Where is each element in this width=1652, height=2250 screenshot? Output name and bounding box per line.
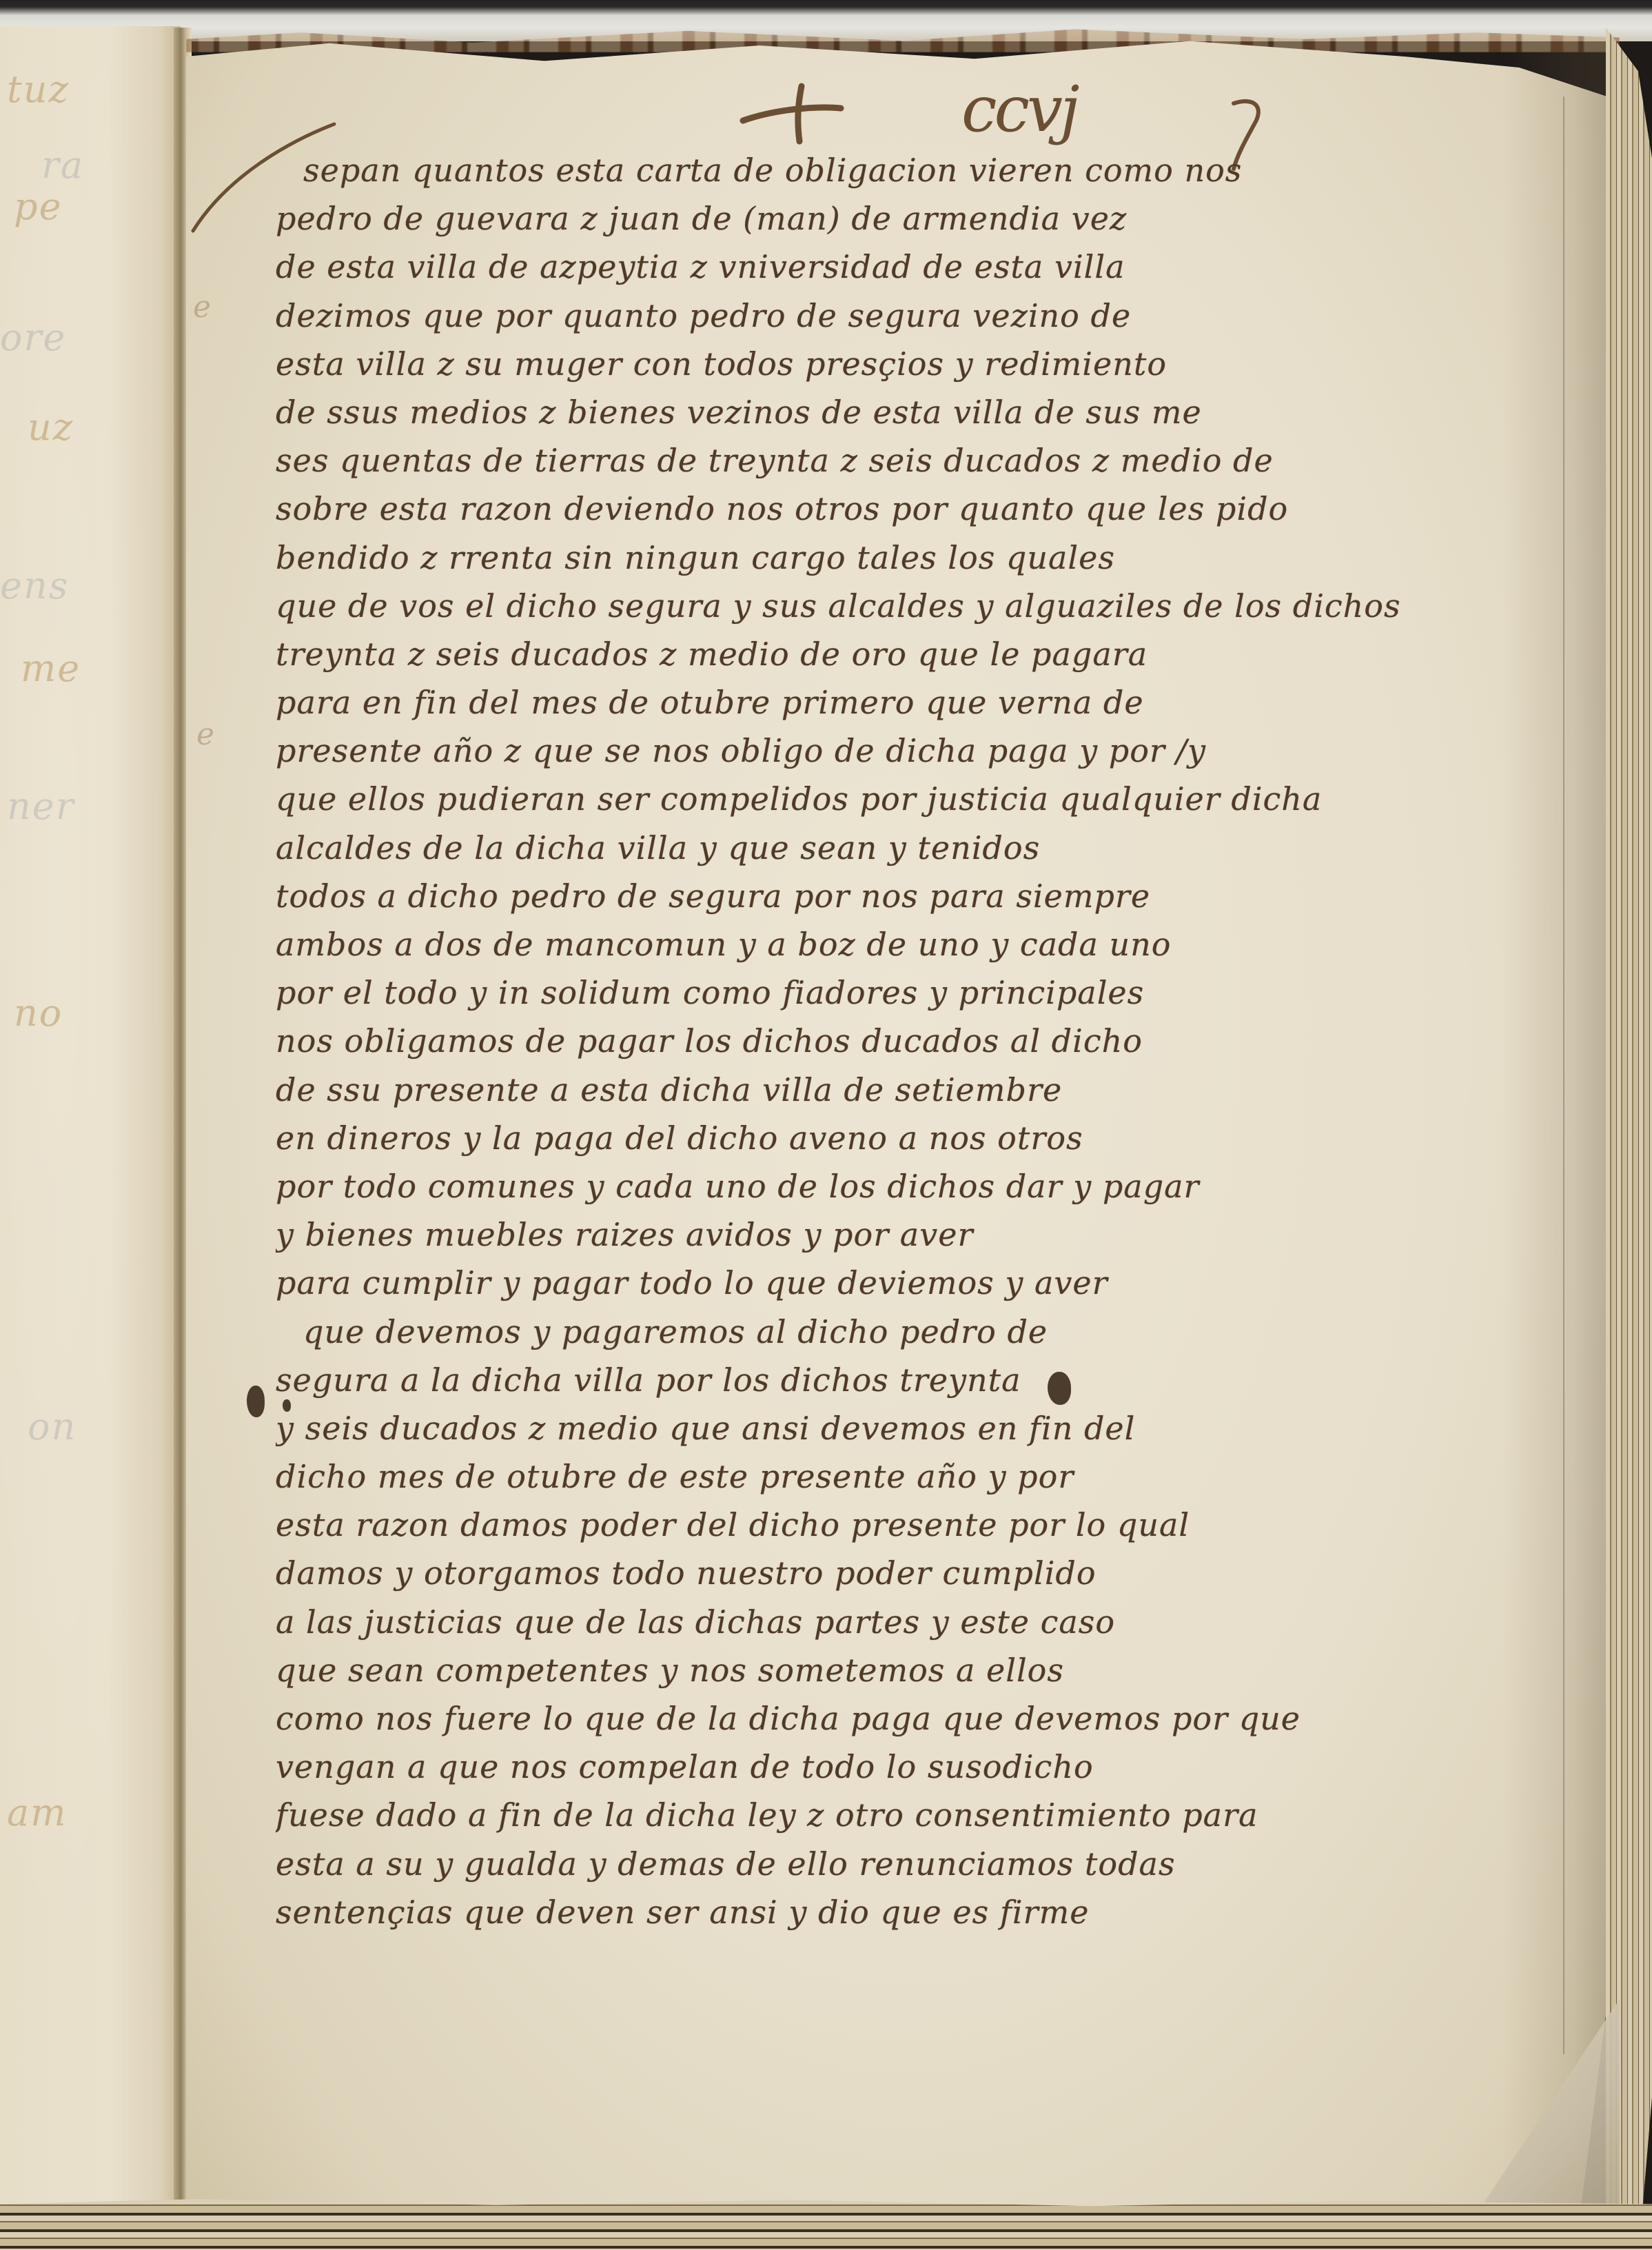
folio-number: ccvj <box>961 72 1077 146</box>
bleed-through-text: ra <box>41 143 84 187</box>
text-line: de esta villa de azpeytia z vniversidad … <box>276 243 1530 291</box>
ink-blot <box>1048 1372 1071 1405</box>
ink-blot <box>247 1386 265 1417</box>
margin-bleed-note: e <box>193 290 211 325</box>
torn-bottom-edge <box>0 2199 1652 2250</box>
text-line: pedro de guevara z juan de (man) de arme… <box>276 194 1530 243</box>
text-line: esta razon damos poder del dicho present… <box>276 1501 1530 1549</box>
text-line: alcaldes de la dicha villa y que sean y … <box>276 824 1530 872</box>
bleed-through-text: on <box>28 1405 77 1448</box>
text-line: sepan quantos esta carta de obligacion v… <box>276 146 1530 194</box>
text-line: para en fin del mes de otubre primero qu… <box>276 678 1530 727</box>
text-line: que devemos y pagaremos al dicho pedro d… <box>276 1308 1530 1356</box>
text-line: de ssus medios z bienes vezinos de esta … <box>276 388 1530 436</box>
text-line: presente año z que se nos obligo de dich… <box>276 727 1530 775</box>
text-line: todos a dicho pedro de segura por nos pa… <box>276 872 1530 920</box>
scan-backdrop <box>0 0 1652 41</box>
text-line: que ellos pudieran ser compelidos por ju… <box>276 775 1530 823</box>
cross-mark-icon <box>737 72 868 148</box>
bleed-through-text: am <box>7 1791 67 1834</box>
text-line: por el todo y in solidum como fiadores y… <box>276 969 1530 1017</box>
text-line: vengan a que nos compelan de todo lo sus… <box>276 1743 1530 1791</box>
text-line: treynta z seis ducados z medio de oro qu… <box>276 630 1530 678</box>
text-line: para cumplir y pagar todo lo que deviemo… <box>276 1259 1530 1307</box>
bleed-through-text: ore <box>0 316 66 359</box>
text-line: ses quentas de tierras de treynta z seis… <box>276 436 1530 485</box>
text-line: y seis ducados z medio que ansi devemos … <box>276 1404 1530 1452</box>
text-line: sentençias que deven ser ansi y dio que … <box>276 1888 1530 1936</box>
text-line: a las justicias que de las dichas partes… <box>276 1598 1530 1646</box>
bleed-through-text: ner <box>7 784 75 828</box>
text-line: esta villa z su muger con todos presçios… <box>276 340 1530 388</box>
bleed-through-text: pe <box>14 185 63 228</box>
manuscript-scene: tuz ra pe ore uz ens me ner no on am e e… <box>0 0 1652 2250</box>
text-line: bendido z rrenta sin ningun cargo tales … <box>276 534 1530 582</box>
text-line: que sean competentes y nos sometemos a e… <box>276 1646 1530 1694</box>
text-line: segura a la dicha villa por los dichos t… <box>276 1356 1530 1404</box>
text-line: como nos fuere lo que de la dicha paga q… <box>276 1694 1530 1743</box>
left-page-strip: tuz ra pe ore uz ens me ner no on am <box>0 26 181 2222</box>
text-line: ambos a dos de mancomun y a boz de uno y… <box>276 920 1530 969</box>
text-line: y bienes muebles raizes avidos y por ave… <box>276 1210 1530 1259</box>
margin-bleed-note: e <box>196 717 214 752</box>
text-line: que de vos el dicho segura y sus alcalde… <box>276 582 1530 630</box>
bleed-through-text: uz <box>28 405 74 449</box>
text-line: dicho mes de otubre de este presente año… <box>276 1452 1530 1501</box>
text-line: de ssu presente a esta dicha villa de se… <box>276 1066 1530 1114</box>
bleed-through-text: ens <box>0 564 69 607</box>
text-line: nos obligamos de pagar los dichos ducado… <box>276 1017 1530 1065</box>
text-line: fuese dado a fin de la dicha ley z otro … <box>276 1791 1530 1839</box>
bleed-through-text: tuz <box>7 68 70 111</box>
text-line: por todo comunes y cada uno de los dicho… <box>276 1162 1530 1210</box>
text-line: en dineros y la paga del dicho aveno a n… <box>276 1114 1530 1162</box>
bleed-through-text: me <box>21 647 81 690</box>
manuscript-text-block: sepan quantos esta carta de obligacion v… <box>276 146 1530 1936</box>
text-line: esta a su y gualda y demas de ello renun… <box>276 1840 1530 1888</box>
text-line: sobre esta razon deviendo nos otros por … <box>276 485 1530 533</box>
bleed-through-text: no <box>14 991 63 1035</box>
right-margin-rule <box>1563 97 1564 2054</box>
page-stack-edge <box>1606 28 1652 2206</box>
text-line: dezimos que por quanto pedro de segura v… <box>276 292 1530 340</box>
text-line: damos y otorgamos todo nuestro poder cum… <box>276 1549 1530 1597</box>
ink-blot <box>283 1399 291 1412</box>
